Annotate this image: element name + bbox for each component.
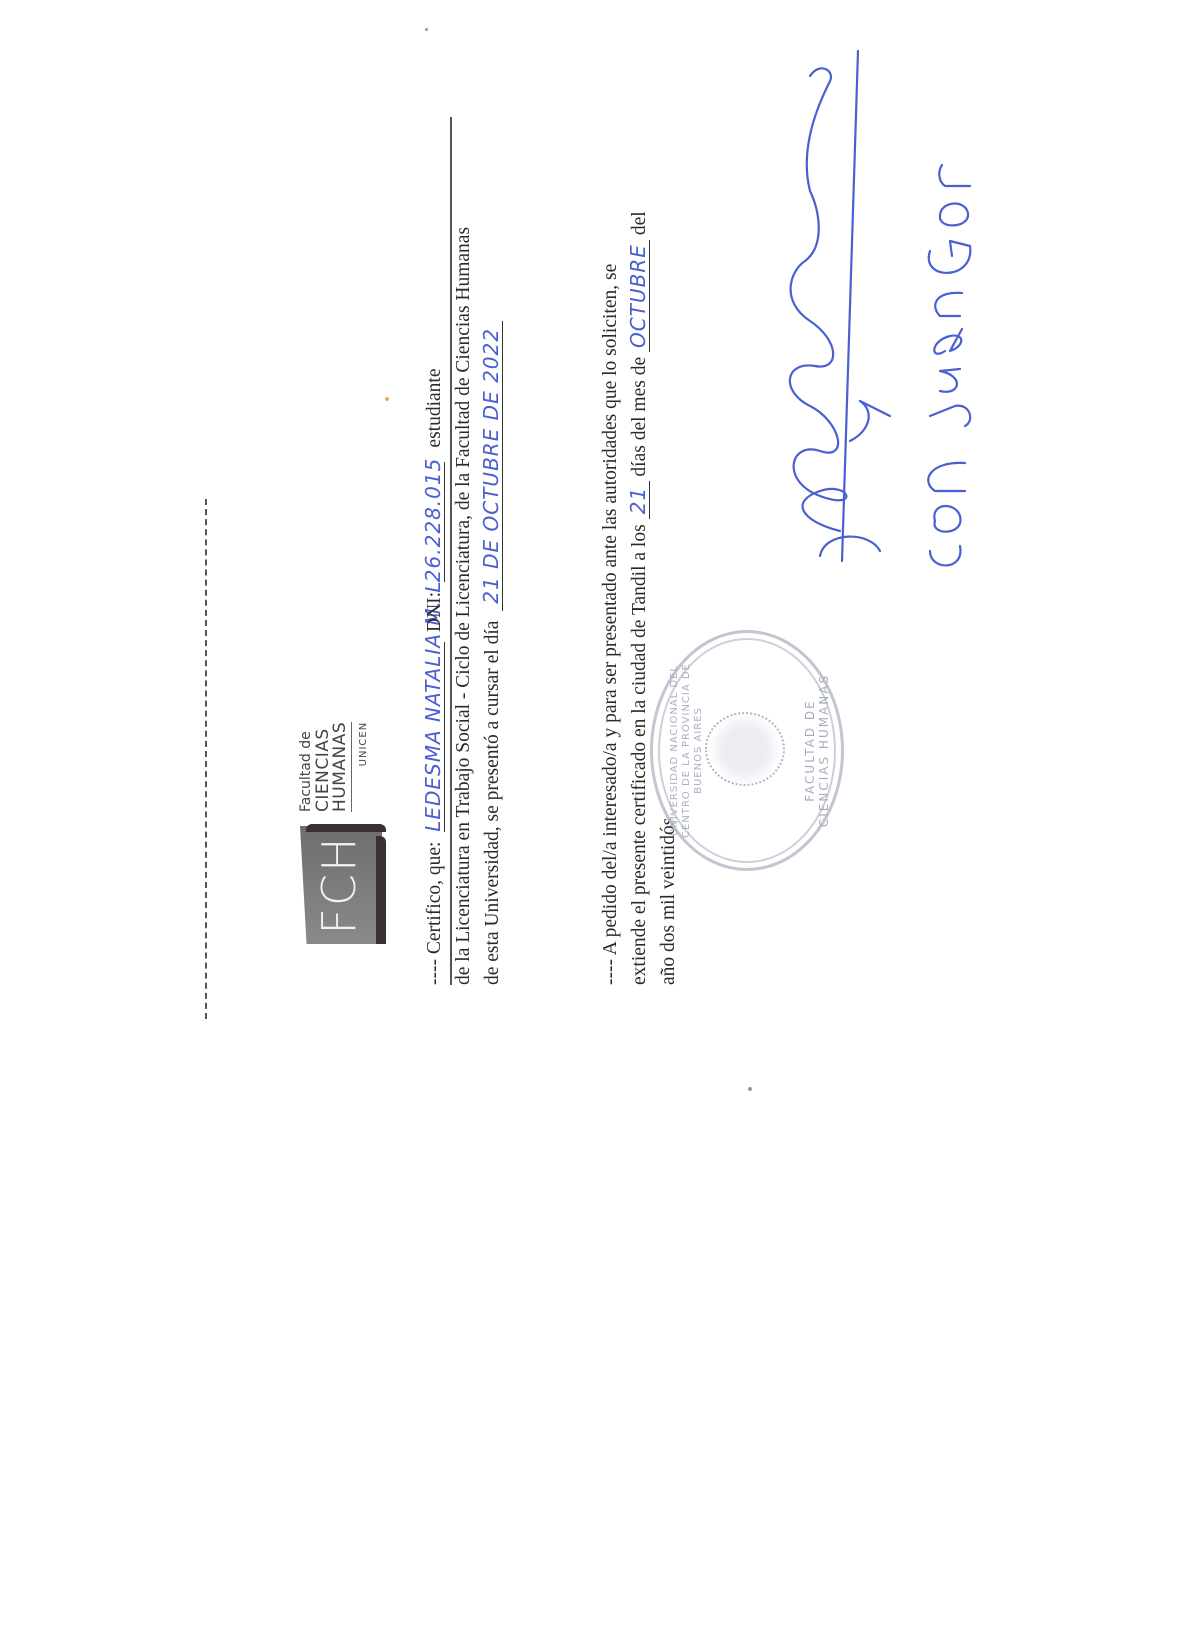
paragraph2-line1: ---- A pedido del/a interesado/a y para … [596, 117, 625, 985]
certificate-paragraph-1: ---- Certifico, que: LEDESMA NATALIA M. … [420, 117, 507, 985]
logo-caption-line4: UNICEN [355, 722, 372, 812]
fch-logo: FCH Facultad de CIENCIAS HUMANAS UNICEN [290, 684, 390, 944]
logo-mark-shadow [376, 836, 386, 944]
logo-mark-text: FCH [312, 826, 366, 944]
paragraph2-line2: extiende el presente certificado en la c… [625, 117, 654, 985]
scan-speck [748, 1087, 752, 1091]
day-field: 21 [627, 481, 650, 519]
del-text: del [629, 211, 650, 235]
paragraph2-line3: año dos mil veintidós. [654, 117, 683, 985]
dashed-separator [205, 499, 207, 1019]
student-name-field: LEDESMA NATALIA M. L [422, 642, 445, 832]
estudiante-text: estudiante [424, 369, 445, 448]
start-date-field: 21 DE OCTUBRE DE 2022 [480, 321, 503, 611]
certificate-paragraph-2: ---- A pedido del/a interesado/a y para … [596, 117, 683, 985]
stamp-text-bottom: FACULTAD DE CIENCIAS HUMANAS [803, 663, 831, 838]
dni-field: 26.228.015 [422, 462, 445, 582]
logo-caption-line3: HUMANAS [332, 722, 352, 812]
extiende-text: extiende el presente certificado en la c… [629, 524, 650, 985]
logo-caption: Facultad de CIENCIAS HUMANAS UNICEN [298, 722, 372, 812]
coat-of-arms-icon [705, 712, 785, 786]
certificate-page: FCH Facultad de CIENCIAS HUMANAS UNICEN … [0, 0, 1200, 1651]
official-stamp: UNIVERSIDAD NACIONAL DEL CENTRO DE LA PR… [650, 630, 844, 871]
dias-mes-text: días del mes de [629, 357, 650, 477]
stamp-text-top: UNIVERSIDAD NACIONAL DEL CENTRO DE LA PR… [669, 663, 705, 838]
presento-text: de esta Universidad, se presentó a cursa… [482, 621, 503, 985]
handwritten-signature [780, 31, 1020, 591]
paragraph1-line2: de la Licenciatura en Trabajo Social - C… [449, 117, 478, 985]
certifico-lead: ---- Certifico, que: [424, 842, 445, 985]
dni-label: DNI: [424, 592, 445, 632]
month-field: OCTUBRE [627, 240, 650, 352]
paragraph1-line3: de esta Universidad, se presentó a cursa… [478, 117, 507, 985]
scan-speck [425, 28, 428, 31]
scan-speck [385, 397, 389, 401]
paragraph1-line1: ---- Certifico, que: LEDESMA NATALIA M. … [420, 117, 449, 985]
